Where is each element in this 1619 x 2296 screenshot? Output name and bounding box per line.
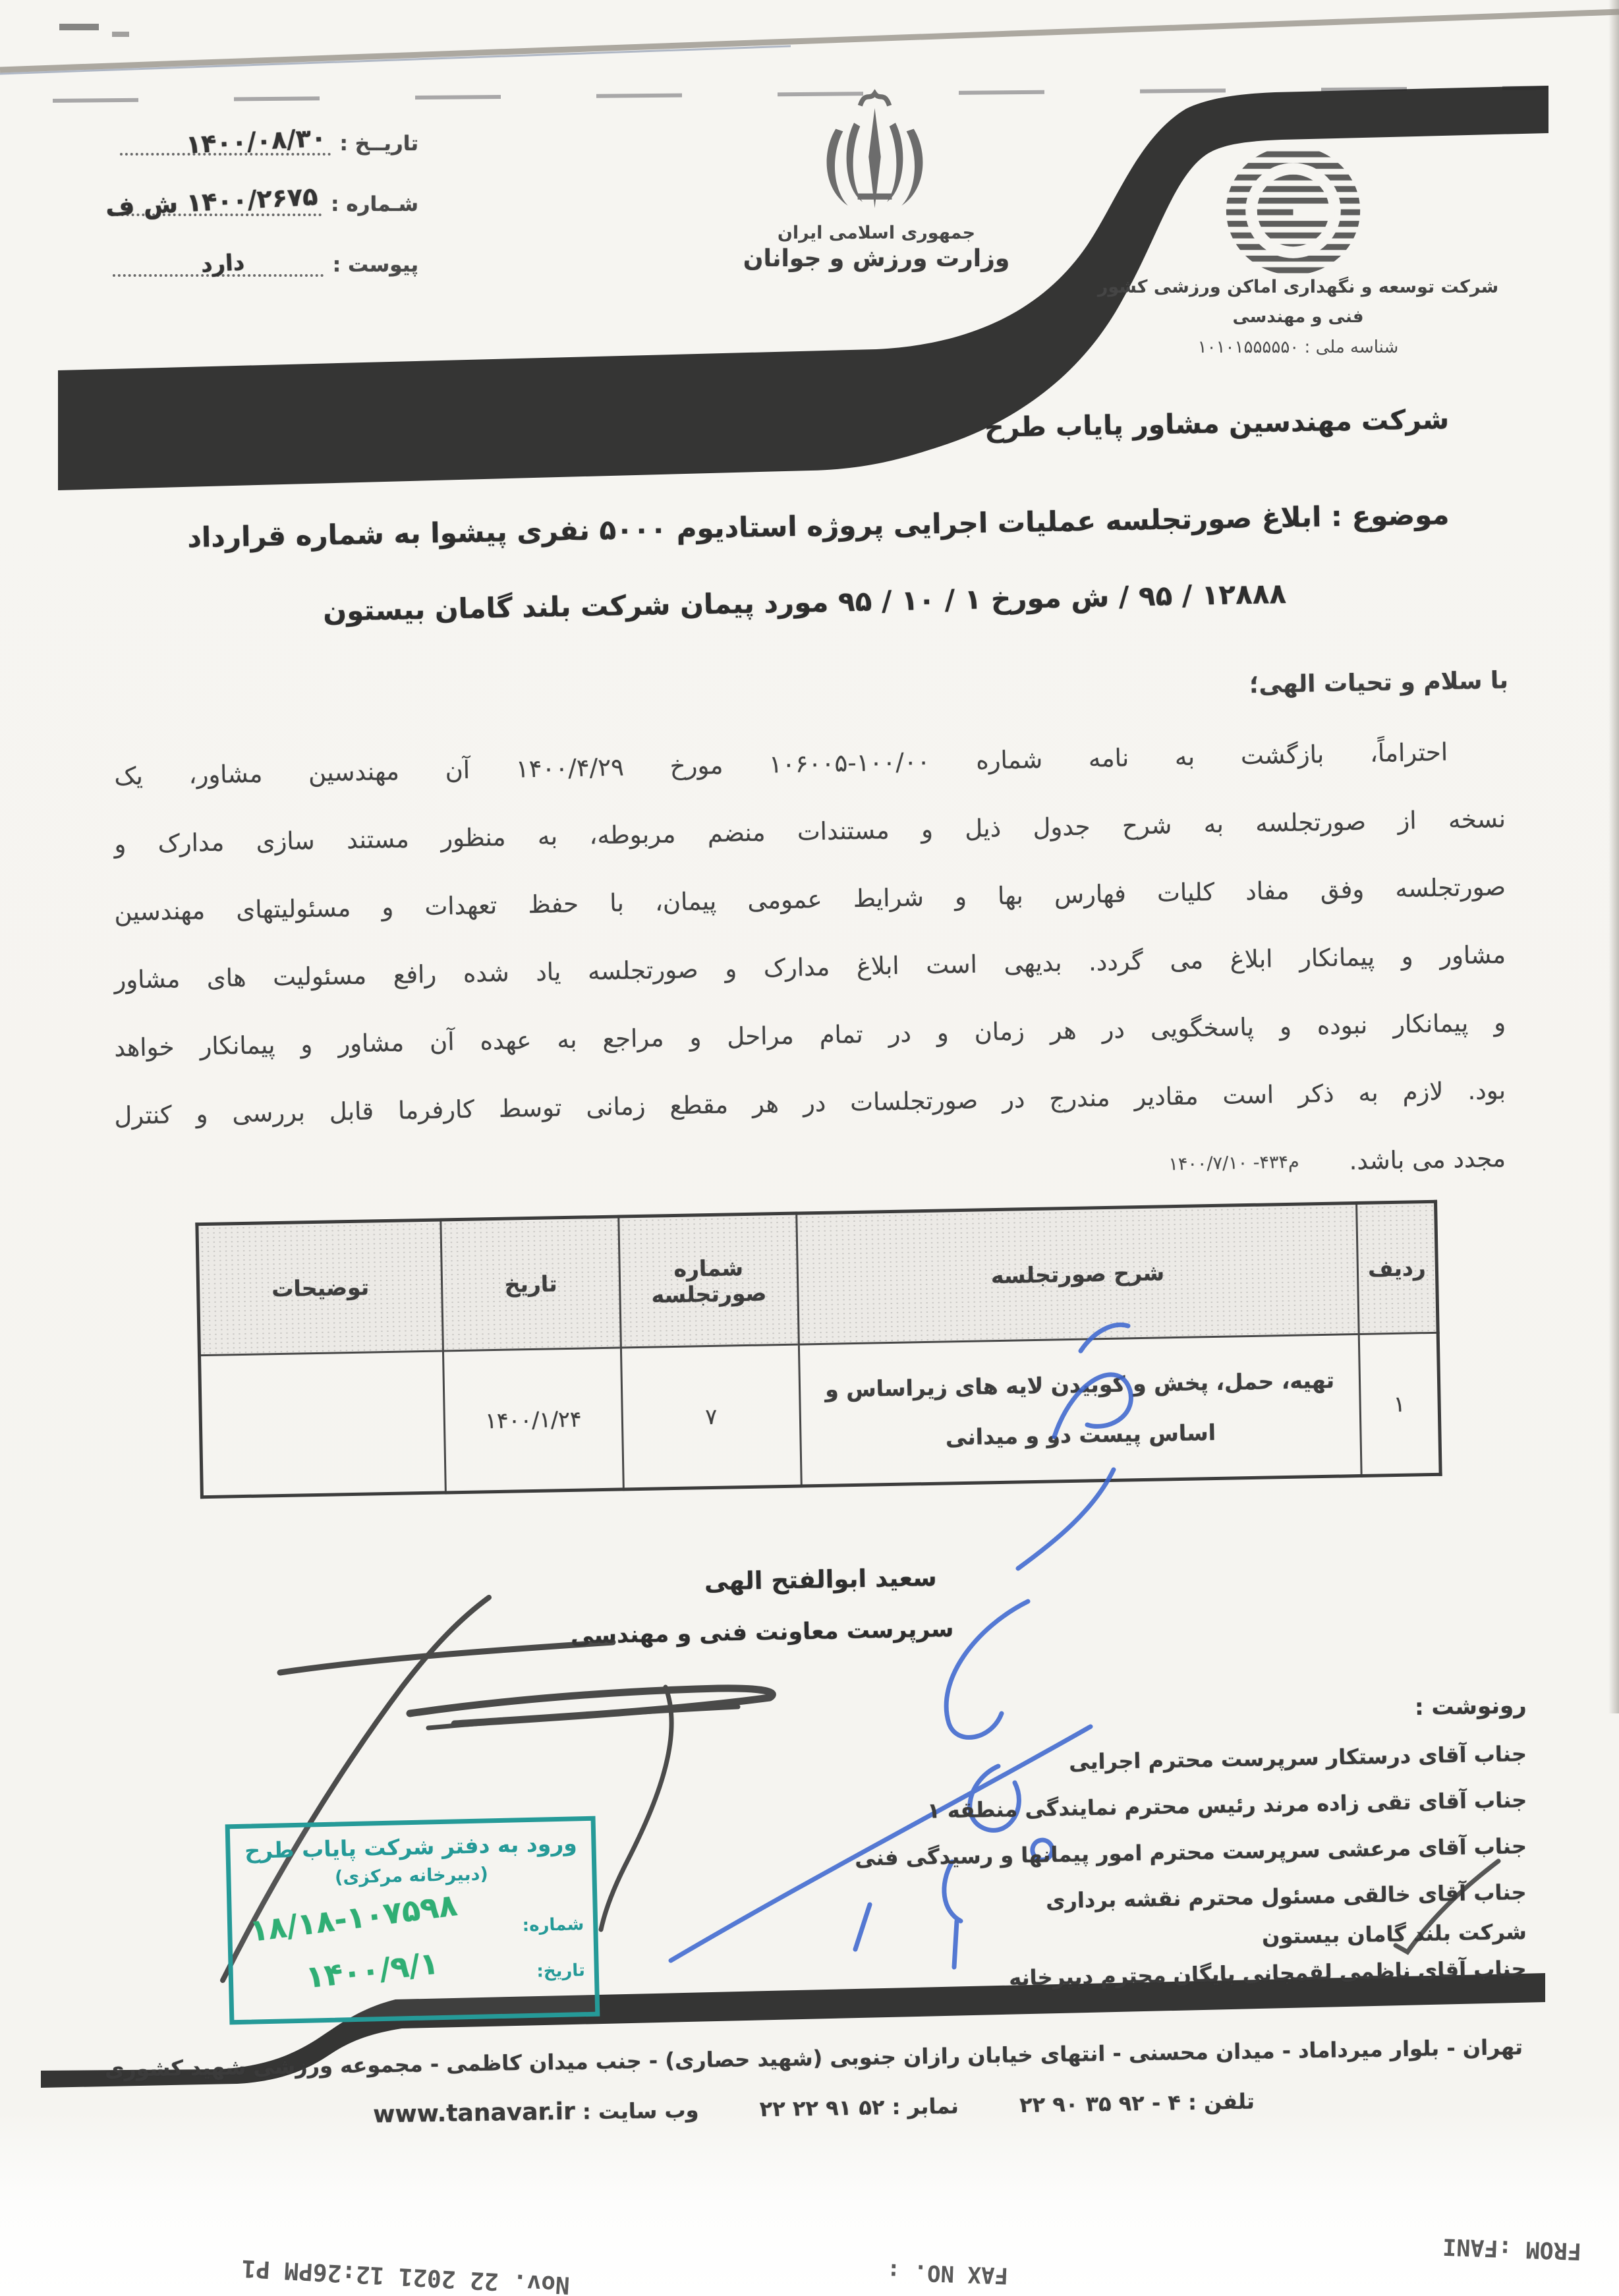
stamp-number-handwritten: ۱۸/۱۸-۱۰۷۵۹۸ [248, 1887, 459, 1949]
stamp-number-label: شماره: [522, 1914, 584, 1936]
entry-stamp: ورود به دفتر شرکت پایاب طرح (دبیرخانه مر… [225, 1816, 600, 2025]
footer-fax: نمابر : ۵۲ ۹۱ ۲۲ ۲۲ [759, 2094, 959, 2122]
footer-website-url: www.tanavar.ir [373, 2098, 575, 2129]
scanned-letter-page: تاريــخ : ۱۴۰۰/۰۸/۳۰ شـماره : ۱۴۰۰/۲۶۷۵ … [0, 0, 1619, 2296]
stamp-title: ورود به دفتر شرکت پایاب طرح [230, 1830, 592, 1864]
footer-phone: تلفن : ۴ - ۹۲ ۳۵ ۹۰ ۲۲ [1019, 2088, 1255, 2117]
stamp-subtitle: (دبیرخانه مرکزی) [231, 1862, 592, 1890]
stamp-date-label: تاریخ: [536, 1961, 585, 1982]
stamp-date-handwritten: ۱۴۰۰/۹/۱ [304, 1945, 440, 1995]
footer-website-label: وب سایت : [582, 2098, 699, 2125]
